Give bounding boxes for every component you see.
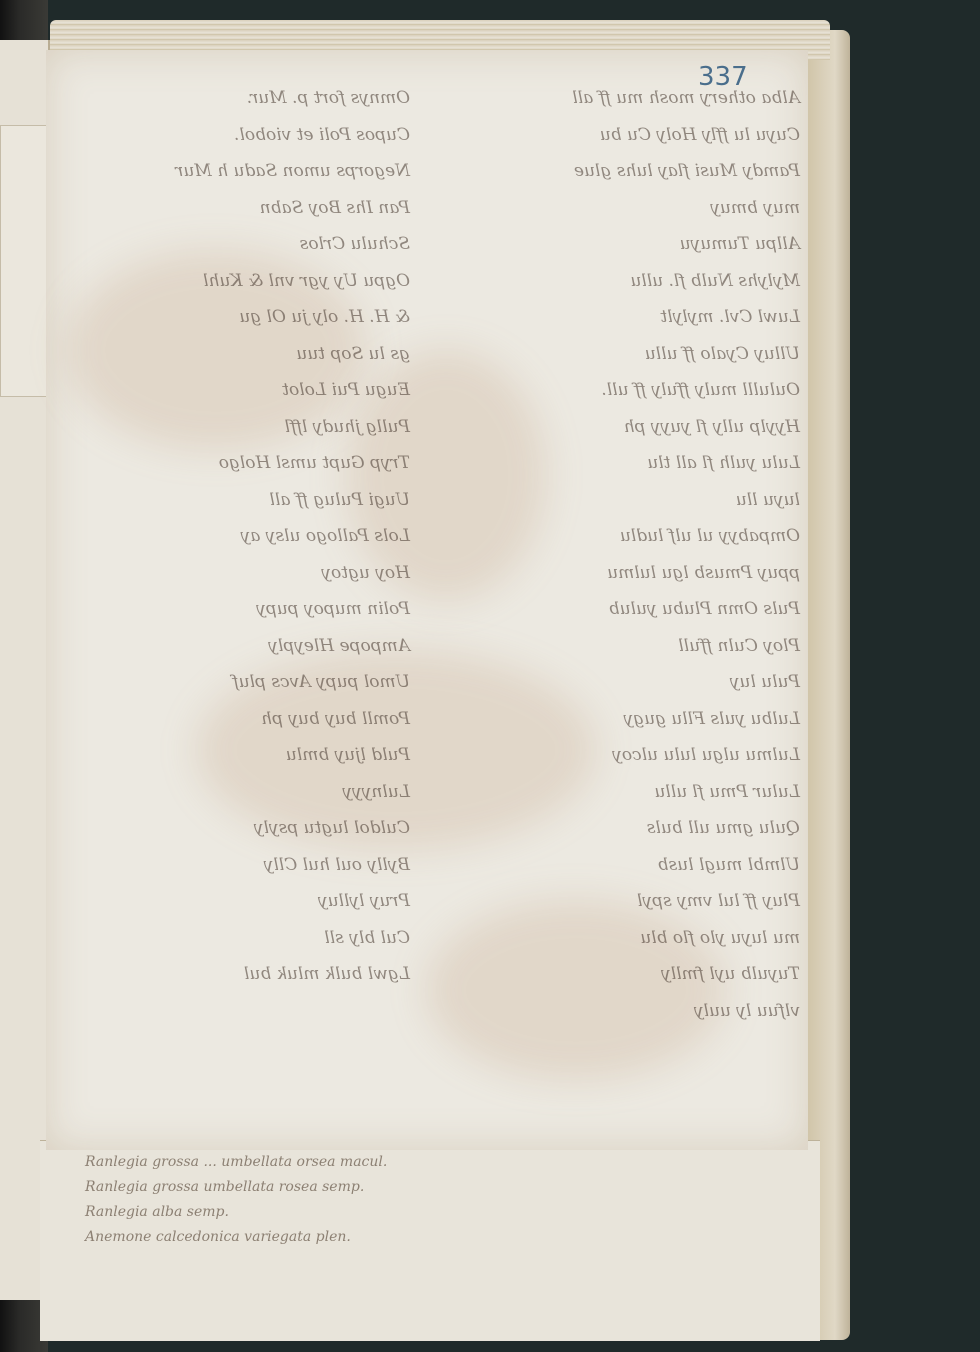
note-line: Ranlegia grossa ... umbellata orsea macu… — [85, 1150, 387, 1175]
bottom-annotations: Ranlegia grossa ... umbellata orsea macu… — [85, 1150, 387, 1250]
inserted-slip — [0, 125, 52, 397]
mirrored-text-left-column: Omnys fort p. Mur.Cupos Poli et viobol.N… — [60, 80, 410, 993]
note-line: Ranlegia alba semp. — [85, 1200, 387, 1225]
note-line: Anemone calcedonica variegata plen. — [85, 1225, 387, 1250]
mirrored-text-right-column: Alba othery mosh mu ff allCuyu lu ffly H… — [430, 80, 800, 1029]
note-line: Ranlegia grossa umbellata rosea semp. — [85, 1175, 387, 1200]
folio-number: 337 — [698, 62, 748, 92]
